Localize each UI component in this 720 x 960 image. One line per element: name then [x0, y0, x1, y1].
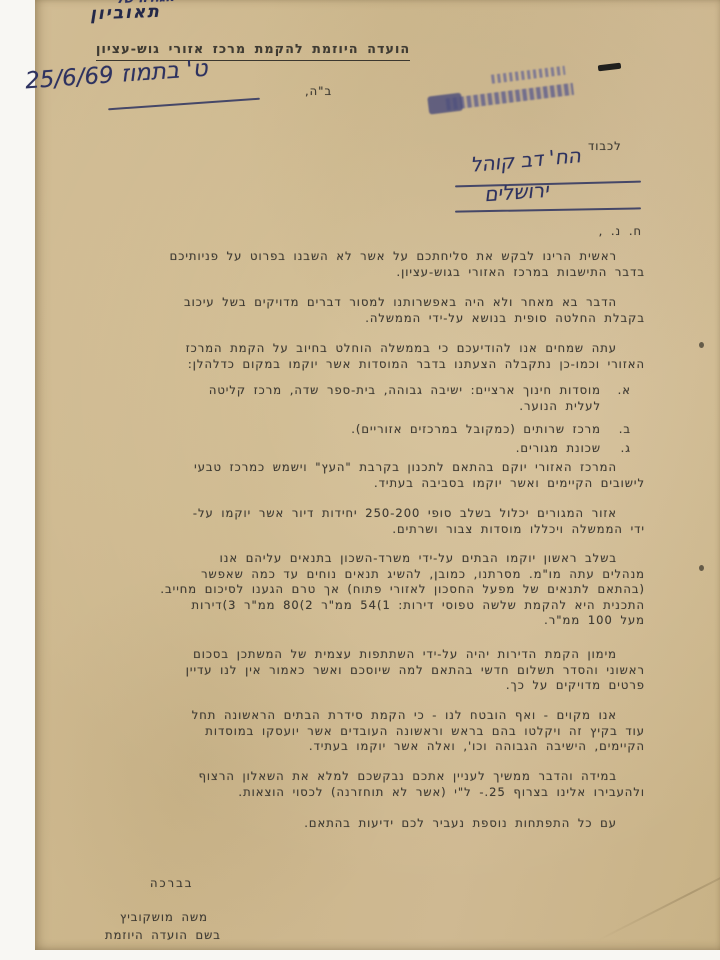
paper-speck: [699, 565, 704, 571]
page-title: הועדה היוזמת להקמת מרכז אזורי גוש-עציון: [96, 41, 410, 61]
paragraph-line: ולהעבירו אלינו בצרוף ‎-.25 ל"י (אשר לא ת…: [60, 785, 645, 801]
list-item-b: ב. מרכז שרותים (כמקובל במרכזים אזוריים).: [60, 422, 645, 438]
list-item-text: מוסדות חינוך ארציים: ישיבה גבוהה, בית-ספ…: [60, 383, 601, 399]
paragraph-line: (בהתאם לתנאים של מפעל החסכון לאזורי פתוח…: [60, 582, 645, 598]
closing-salutation: בברכה: [150, 876, 193, 892]
paragraph-7: מימון הקמת הדירות יהיה על-ידי השתתפות עצ…: [60, 647, 645, 694]
paragraph-6: בשלב ראשון יוקמו הבתים על-ידי משרד-השכון…: [60, 551, 645, 629]
paragraph-line: במידה והדבר ממשיך לעניין אתכם נבקשכם למל…: [60, 769, 645, 785]
paragraph-10: עם כל התפתחות נוספת נעביר לכם ידיעות בהת…: [60, 816, 645, 832]
paragraph-line: ראשית הרינו לבקש את סליחתכם על אשר לא הש…: [60, 249, 645, 265]
greeting: ח. נ. ,: [599, 224, 642, 240]
list-item-marker: א.: [601, 383, 645, 414]
scanned-letter-page: אגודה של תאוביון הועדה היוזמת להקמת מרכז…: [0, 0, 720, 960]
list-item-a: א. מוסדות חינוך ארציים: ישיבה גבוהה, בית…: [60, 383, 645, 414]
paragraph-line: האזורי וכמו-כן נתקבלה הצעתנו בדבר המוסדו…: [60, 357, 645, 373]
paragraph-3: עתה שמחים אנו להודיעכם כי בממשלה הוחלט ב…: [60, 341, 645, 372]
archival-note: תאוביון: [90, 2, 162, 24]
paragraph-line: אזור המגורים יכלול בשלב סופי 250-200 יחי…: [60, 506, 645, 522]
paragraph-5: אזור המגורים יכלול בשלב סופי 250-200 יחי…: [60, 506, 645, 537]
paragraph-line: הקיימים, הישיבה הגבוהה וכו', ואלה אשר יו…: [60, 739, 645, 755]
paragraph-line: בדבר התישבות במרכז האזורי בגוש-עציון.: [60, 265, 645, 281]
paragraph-8: אנו מקוים - ואף הובטח לנו - כי הקמת סידר…: [60, 708, 645, 755]
addressee-city-handwritten: ירושלים: [483, 178, 549, 206]
list-item-marker: ב.: [601, 422, 645, 438]
paragraph-line: בשלב ראשון יוקמו הבתים על-ידי משרד-השכון…: [60, 551, 645, 567]
paragraph-2: הדבר בא מאחר ולא היה באפשרותנו למסור דבר…: [60, 295, 645, 326]
bh-mark: ב"ה,: [305, 84, 332, 100]
list-item-text: לעלית הנוער.: [60, 399, 601, 415]
paragraph-line: עוד בקיץ זה ויקלטו בהם בראש וראשונה העוב…: [60, 724, 645, 740]
paragraph-line: עתה שמחים אנו להודיעכם כי בממשלה הוחלט ב…: [60, 341, 645, 357]
paragraph-line: ראשוני והסדר תשלום חדשי בהתאם למה שיוסכם…: [60, 663, 645, 679]
paragraph-line: פרטים מדויקים על כך.: [60, 678, 645, 694]
paragraph-line: אנו מקוים - ואף הובטח לנו - כי הקמת סידר…: [60, 708, 645, 724]
signature-role: בשם הועדה היוזמת: [98, 928, 228, 944]
paper-speck: [699, 342, 704, 348]
list-item-g: ג. שכונת מגורים.: [60, 441, 645, 457]
paragraph-line: המרכז האזורי יוקם בהתאם לתכנון בקרבת "הע…: [60, 460, 645, 476]
paragraph-line: מנהלים עתה מו"מ. מסרתנו, כמובן, להשיג תנ…: [60, 567, 645, 583]
addressee-label: לכבוד: [588, 139, 622, 155]
paragraph-4: המרכז האזורי יוקם בהתאם לתכנון בקרבת "הע…: [60, 460, 645, 491]
list-item-text: שכונת מגורים.: [60, 441, 601, 457]
list-item-marker: ג.: [601, 441, 645, 457]
paragraph-9: במידה והדבר ממשיך לעניין אתכם נבקשכם למל…: [60, 769, 645, 800]
paragraph-line: התכנית היא להקמת שלשה טפוסי דירות: 1)54 …: [60, 598, 645, 614]
signature-name: משה מושקוביץ: [108, 910, 220, 926]
paragraph-1: ראשית הרינו לבקש את סליחתכם על אשר לא הש…: [60, 249, 645, 280]
paragraph-line: עם כל התפתחות נוספת נעביר לכם ידיעות בהת…: [60, 816, 645, 832]
paragraph-line: לישובים הקיימים ואשר יוקמו בסביבה בעתיד.: [60, 476, 645, 492]
paragraph-line: מימון הקמת הדירות יהיה על-ידי השתתפות עצ…: [60, 647, 645, 663]
paragraph-line: מעל 100 ממ"ר.: [60, 613, 645, 629]
paragraph-line: הדבר בא מאחר ולא היה באפשרותנו למסור דבר…: [60, 295, 645, 311]
list-item-text: מרכז שרותים (כמקובל במרכזים אזוריים).: [60, 422, 601, 438]
paragraph-line: ידי הממשלה ויכללו מוסדות צבור ושרתים.: [60, 522, 645, 538]
paragraph-line: בקבלת החלטה סופית בנושא על-ידי הממשלה.: [60, 311, 645, 327]
